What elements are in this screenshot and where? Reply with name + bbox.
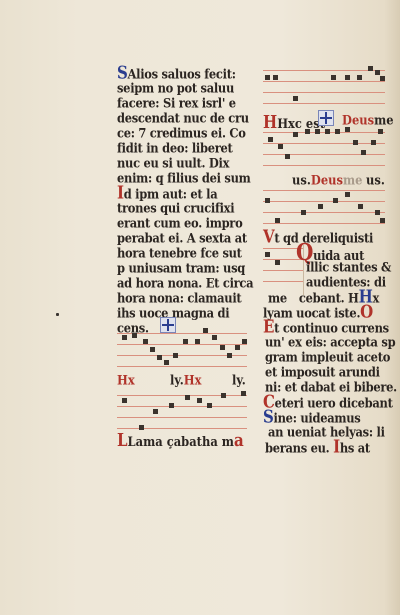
cross-symbol-icon — [160, 317, 176, 333]
text-line: illic stantes & — [306, 260, 391, 274]
text-line: facere: Si rex isrl' e — [117, 96, 236, 110]
text-line: hora nona: clamauit — [117, 291, 241, 305]
text-line: berans eu. Ihs at — [265, 440, 370, 455]
text-line: p uniusam tram: usq — [117, 261, 245, 275]
text-line: ni: et dabat ei bibere. — [265, 380, 397, 394]
text-line: descendat nuc de cru — [117, 111, 249, 125]
text-line: Sine: uideamus — [263, 410, 361, 425]
music-staff — [263, 190, 385, 230]
music-staff — [117, 395, 247, 435]
text-line: Id ipm aut: et la — [117, 186, 217, 201]
text-line: et imposuit arundi — [265, 365, 380, 379]
text-line: an ueniat helyas: li — [268, 425, 385, 439]
text-line: seipm no pot saluu — [117, 81, 234, 95]
music-lyric: ly.Hx — [170, 372, 201, 388]
text-line: enim: q filius dei sum — [117, 171, 251, 185]
text-line: erant cum eo. impro — [117, 216, 242, 230]
manuscript-page: SAlios saluos fecit: seipm no pot saluu … — [0, 0, 400, 615]
music-staff — [263, 70, 385, 110]
ink-spot — [56, 313, 59, 316]
text-line: lyam uocat iste.O — [263, 305, 373, 320]
music-lyric: ly. — [232, 372, 246, 388]
music-lyric: Deusme — [342, 112, 394, 128]
text-line: hora tenebre fce sut — [117, 246, 242, 260]
text-line: trones qui crucifixi — [117, 201, 234, 215]
text-line: ad hora nona. Et circa — [117, 276, 253, 290]
text-line: Ceteri uero dicebant — [263, 395, 393, 410]
music-lyric: Hx — [117, 372, 135, 388]
cross-symbol-icon — [318, 110, 334, 126]
text-line: audientes: di — [306, 275, 386, 289]
text-line: fidit in deo: liberet — [117, 141, 233, 155]
text-line: un' ex eis: accepta sp — [265, 335, 395, 349]
music-lyric: us.Deusme — [292, 172, 362, 188]
text-line: Vt qd dereliquisti — [263, 230, 373, 245]
text-line: Et continuo currens — [263, 320, 389, 335]
text-line: SAlios saluos fecit: — [117, 66, 236, 81]
text-line: ce: 7 credimus ei. Co — [117, 126, 246, 140]
text-line: perabat ei. A sexta at — [117, 231, 247, 245]
music-staff — [263, 132, 385, 172]
music-lyric: us. — [366, 172, 385, 188]
text-line: gram impleuit aceto — [265, 350, 390, 364]
music-staff — [117, 333, 247, 373]
text-line: nuc eu si uult. Dix — [117, 156, 229, 170]
music-lyric: LLama çabatha ma — [117, 430, 244, 451]
